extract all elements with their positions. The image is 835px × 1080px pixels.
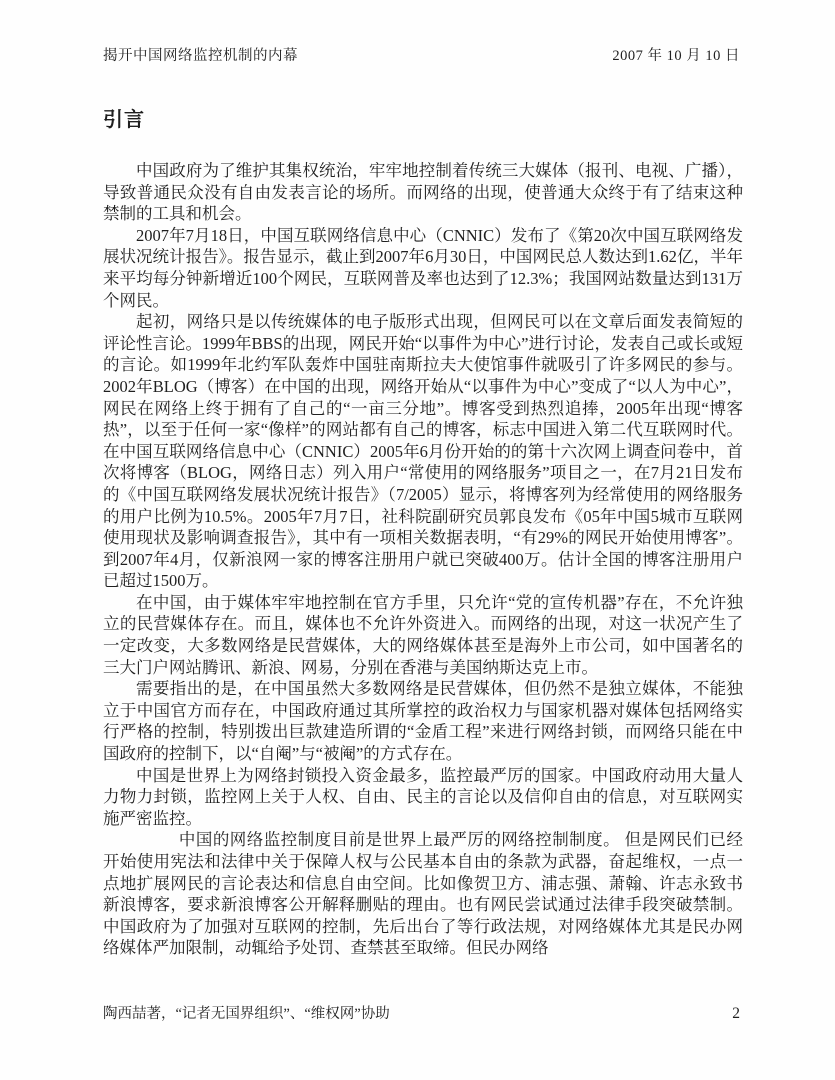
header-date: 2007 年 10 月 10 日 [612, 44, 740, 65]
section-title: 引言 [103, 103, 145, 132]
page-footer: 陶西喆著，“记者无国界组织”、“维权网”协助 2 [103, 1002, 740, 1023]
page-header: 揭开中国网络监控机制的内幕 2007 年 10 月 10 日 [103, 44, 740, 65]
body-paragraph: 在中国，由于媒体牢牢地控制在官方手里，只允许“党的宣传机器”存在，不允许独立的民… [103, 592, 743, 678]
body-paragraph: 需要指出的是，在中国虽然大多数网络是民营媒体，但仍然不是独立媒体，不能独立于中国… [103, 678, 743, 764]
body-paragraph: 中国是世界上为网络封锁投入资金最多，监控最严厉的国家。中国政府动用大量人力物力封… [103, 765, 743, 830]
document-page: 揭开中国网络监控机制的内幕 2007 年 10 月 10 日 引言 中国政府为了… [0, 0, 835, 1080]
page-number: 2 [732, 1005, 740, 1023]
body-paragraph: 中国政府为了维护其集权统治，牢牢地控制着传统三大媒体（报刊、电视、广播），导致普… [103, 160, 743, 225]
body-paragraph: 2007年7月18日，中国互联网络信息中心（CNNIC）发布了《第20次中国互联… [103, 225, 743, 311]
body-paragraph: 中国的网络监控制度目前是世界上最严厉的网络控制制度。 但是网民们已经开始使用宪法… [103, 829, 743, 959]
footer-credit: 陶西喆著，“记者无国界组织”、“维权网”协助 [103, 1002, 390, 1023]
running-title: 揭开中国网络监控机制的内幕 [103, 44, 298, 65]
document-body: 中国政府为了维护其集权统治，牢牢地控制着传统三大媒体（报刊、电视、广播），导致普… [103, 160, 743, 959]
body-paragraph: 起初，网络只是以传统媒体的电子版形式出现，但网民可以在文章后面发表简短的评论性言… [103, 311, 743, 592]
